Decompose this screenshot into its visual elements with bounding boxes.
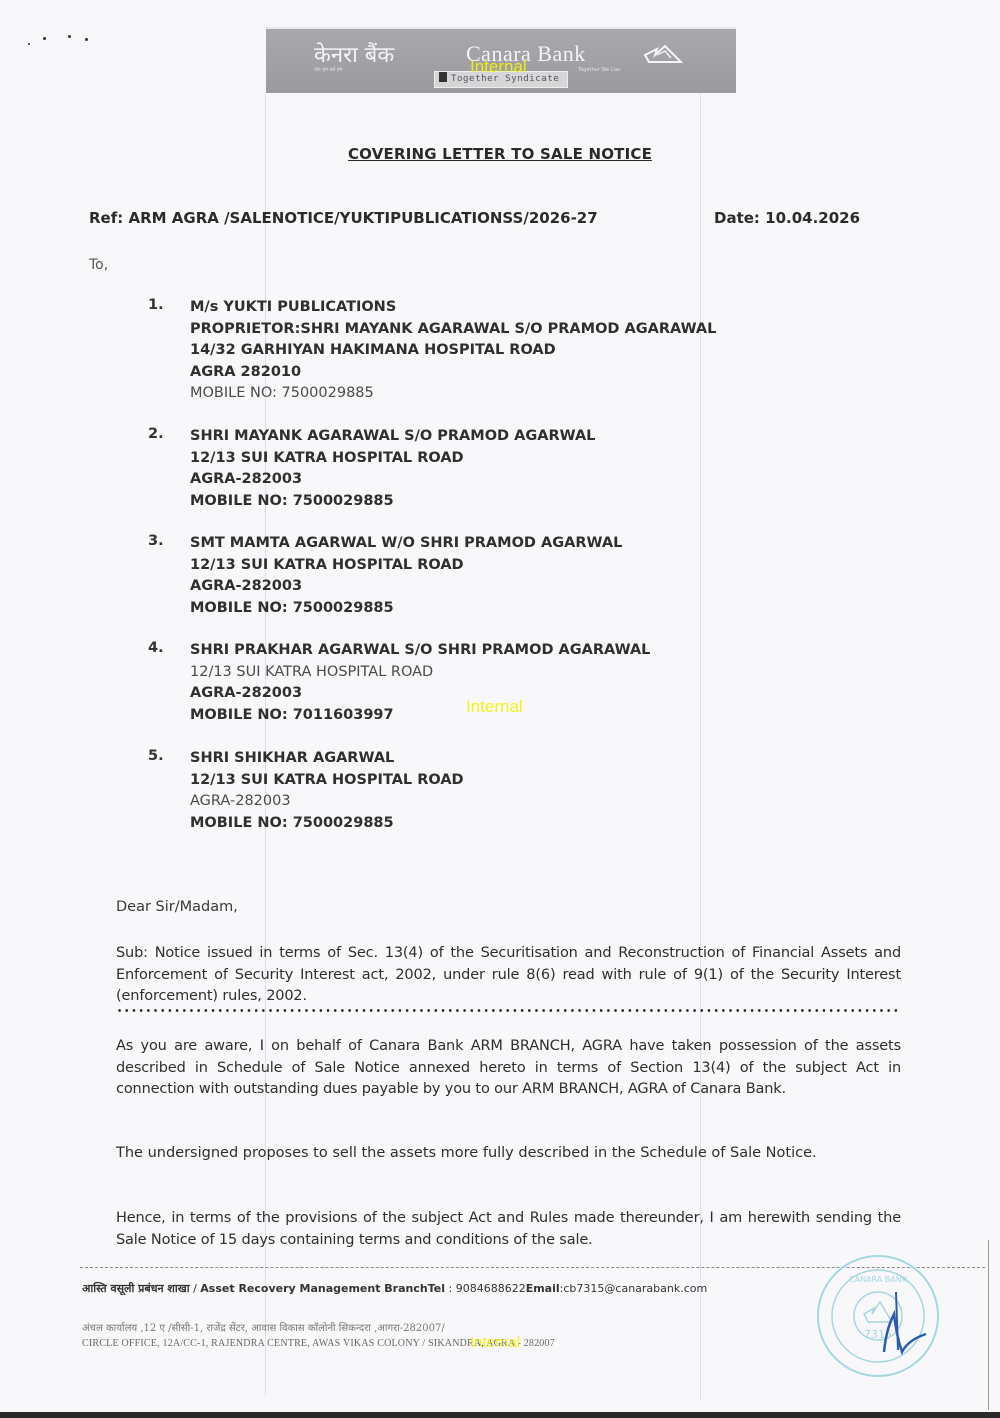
recipient-city: AGRA-282003 [190, 469, 595, 491]
svg-text:CANARA BANK: CANARA BANK [849, 1275, 908, 1284]
reference-number: Ref: ARM AGRA /SALENOTICE/YUKTIPUBLICATI… [89, 209, 598, 227]
watermark: Internal [470, 57, 527, 77]
recipient-city: AGRA-282003 [190, 683, 650, 705]
scan-specks [30, 25, 100, 55]
recipient-address: 12/13 SUI KATRA HOSPITAL ROAD [190, 555, 622, 577]
recipient-mobile: MOBILE NO: 7500029885 [190, 813, 464, 835]
recipient-city: AGRA-282003 [190, 576, 622, 598]
recipient-mobile: MOBILE NO: 7500029885 [190, 383, 716, 405]
syndicate-logo-icon [439, 72, 447, 82]
dotted-separator [116, 1008, 901, 1013]
salutation: Dear Sir/Madam, [116, 899, 238, 915]
body-paragraph-1: As you are aware, I on behalf of Canara … [116, 1036, 901, 1101]
canara-logo-icon [641, 43, 687, 65]
tagline-english: Together We Can [578, 67, 620, 73]
body-paragraph-3: Hence, in terms of the provisions of the… [116, 1208, 901, 1251]
scan-artifact [265, 95, 266, 1395]
watermark: Internal [466, 697, 523, 717]
recipient-mobile: MOBILE NO: 7500029885 [190, 598, 622, 620]
scan-bottom-edge [0, 1412, 1000, 1418]
recipient-city: AGRA 282010 [190, 362, 716, 384]
recipient-name: SHRI MAYANK AGARAWAL S/O PRAMOD AGARWAL [190, 426, 595, 448]
subject-paragraph: Sub: Notice issued in terms of Sec. 13(4… [116, 943, 901, 1008]
document-page: केनरा बैंक Canara Bank एक हम करें हम Tog… [0, 0, 1000, 1418]
footer-phone: 9084688622 [456, 1282, 526, 1295]
recipient-address: 12/13 SUI KATRA HOSPITAL ROAD [190, 448, 595, 470]
recipient-name: SHRI SHIKHAR AGARWAL [190, 748, 464, 770]
recipient-name: SHRI PRAKHAR AGARWAL S/O SHRI PRAMOD AGA… [190, 640, 650, 662]
scan-artifact [700, 60, 701, 1400]
recipient-address: 14/32 GARHIYAN HAKIMANA HOSPITAL ROAD [190, 340, 716, 362]
recipient-line: PROPRIETOR:SHRI MAYANK AGARAWAL S/O PRAM… [190, 319, 716, 341]
document-date: Date: 10.04.2026 [714, 209, 860, 227]
tagline-hindi: एक हम करें हम [314, 67, 343, 73]
recipient-name: M/s YUKTI PUBLICATIONS [190, 297, 716, 319]
watermark: Internal [470, 1334, 520, 1351]
recipient-mobile: MOBILE NO: 7500029885 [190, 491, 595, 513]
bank-seal-stamp-icon: 7315 CANARA BANK [814, 1252, 942, 1380]
scan-artifact [988, 1240, 989, 1410]
document-title: COVERING LETTER TO SALE NOTICE [0, 145, 1000, 163]
recipient-address: 12/13 SUI KATRA HOSPITAL ROAD [190, 662, 650, 684]
to-label: To, [89, 257, 108, 273]
recipient-city: AGRA-282003 [190, 791, 464, 813]
footer-email: cb7315@canarabank.com [563, 1282, 707, 1295]
bank-name-hindi: केनरा बैंक [314, 39, 394, 69]
body-paragraph-2: The undersigned proposes to sell the ass… [116, 1143, 876, 1165]
footer-contact: आस्ति वसूली प्रबंधन शाखा / Asset Recover… [82, 1281, 707, 1296]
recipient-name: SMT MAMTA AGARWAL W/O SHRI PRAMOD AGARWA… [190, 533, 622, 555]
recipient-address: 12/13 SUI KATRA HOSPITAL ROAD [190, 770, 464, 792]
circle-office-hindi: अंचल कार्यालय ,12 ए /सीसी-1, राजेंद्र से… [82, 1320, 445, 1334]
recipient-mobile: MOBILE NO: 7011603997 [190, 705, 650, 727]
